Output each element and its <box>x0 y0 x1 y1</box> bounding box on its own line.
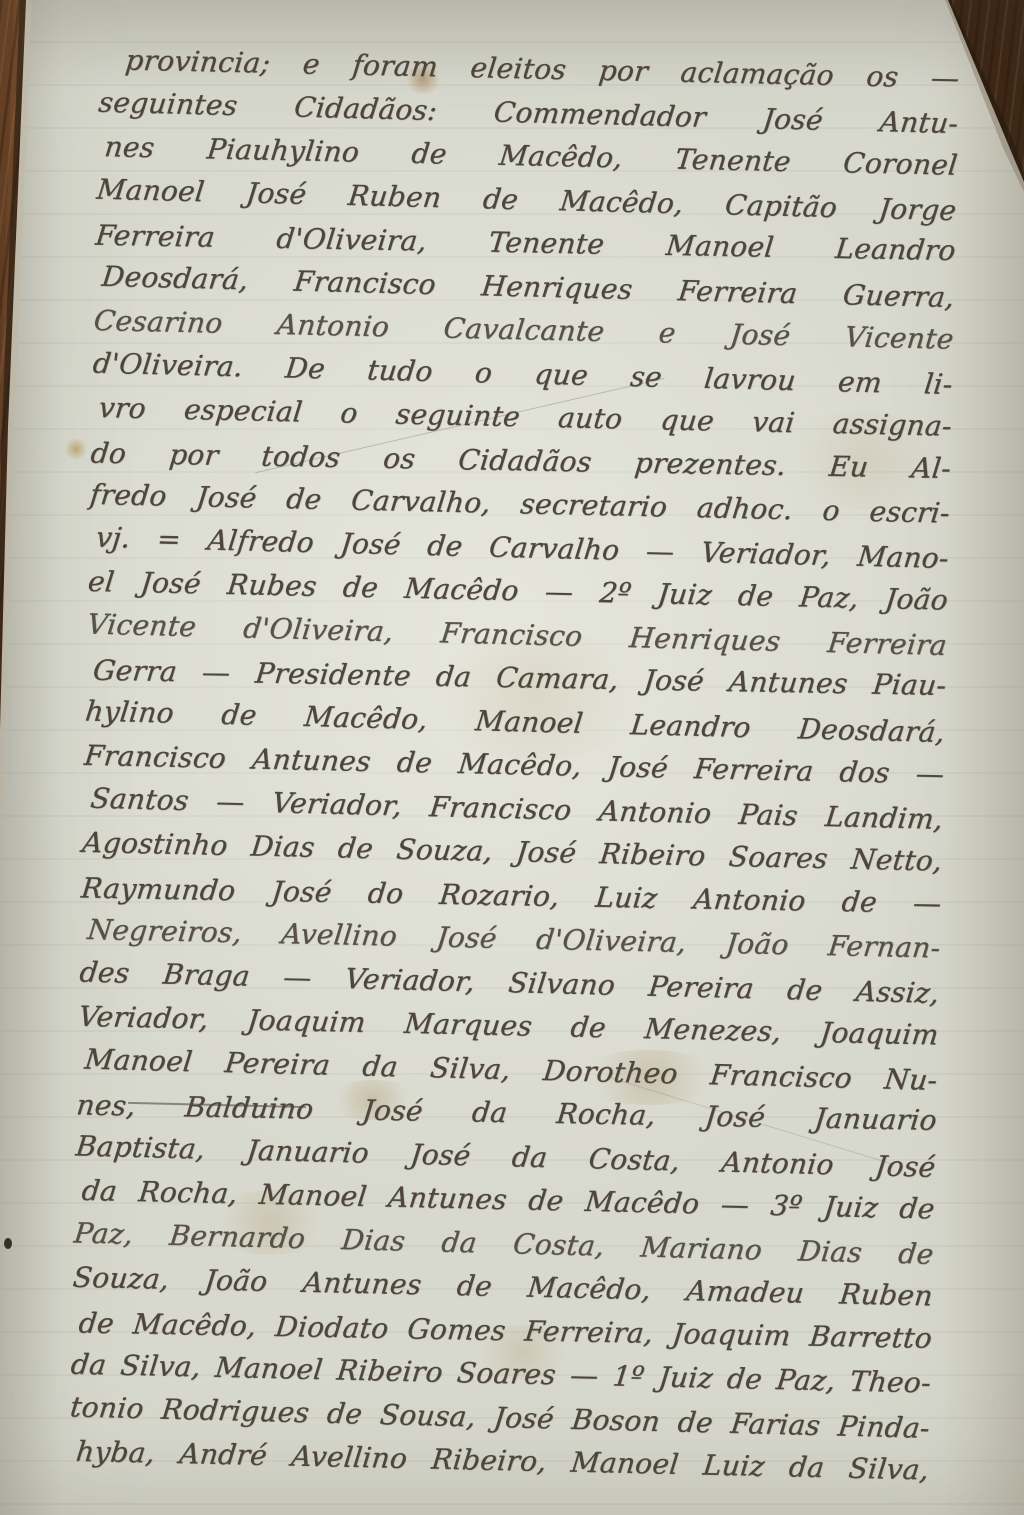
ink-dot <box>4 1238 12 1249</box>
stain <box>64 438 88 460</box>
manuscript-photo: provincia; e foram eleitos por aclamação… <box>0 0 1024 1515</box>
manuscript-page: provincia; e foram eleitos por aclamação… <box>0 0 1024 1515</box>
manuscript-text: provincia; e foram eleitos por aclamação… <box>69 38 960 1492</box>
